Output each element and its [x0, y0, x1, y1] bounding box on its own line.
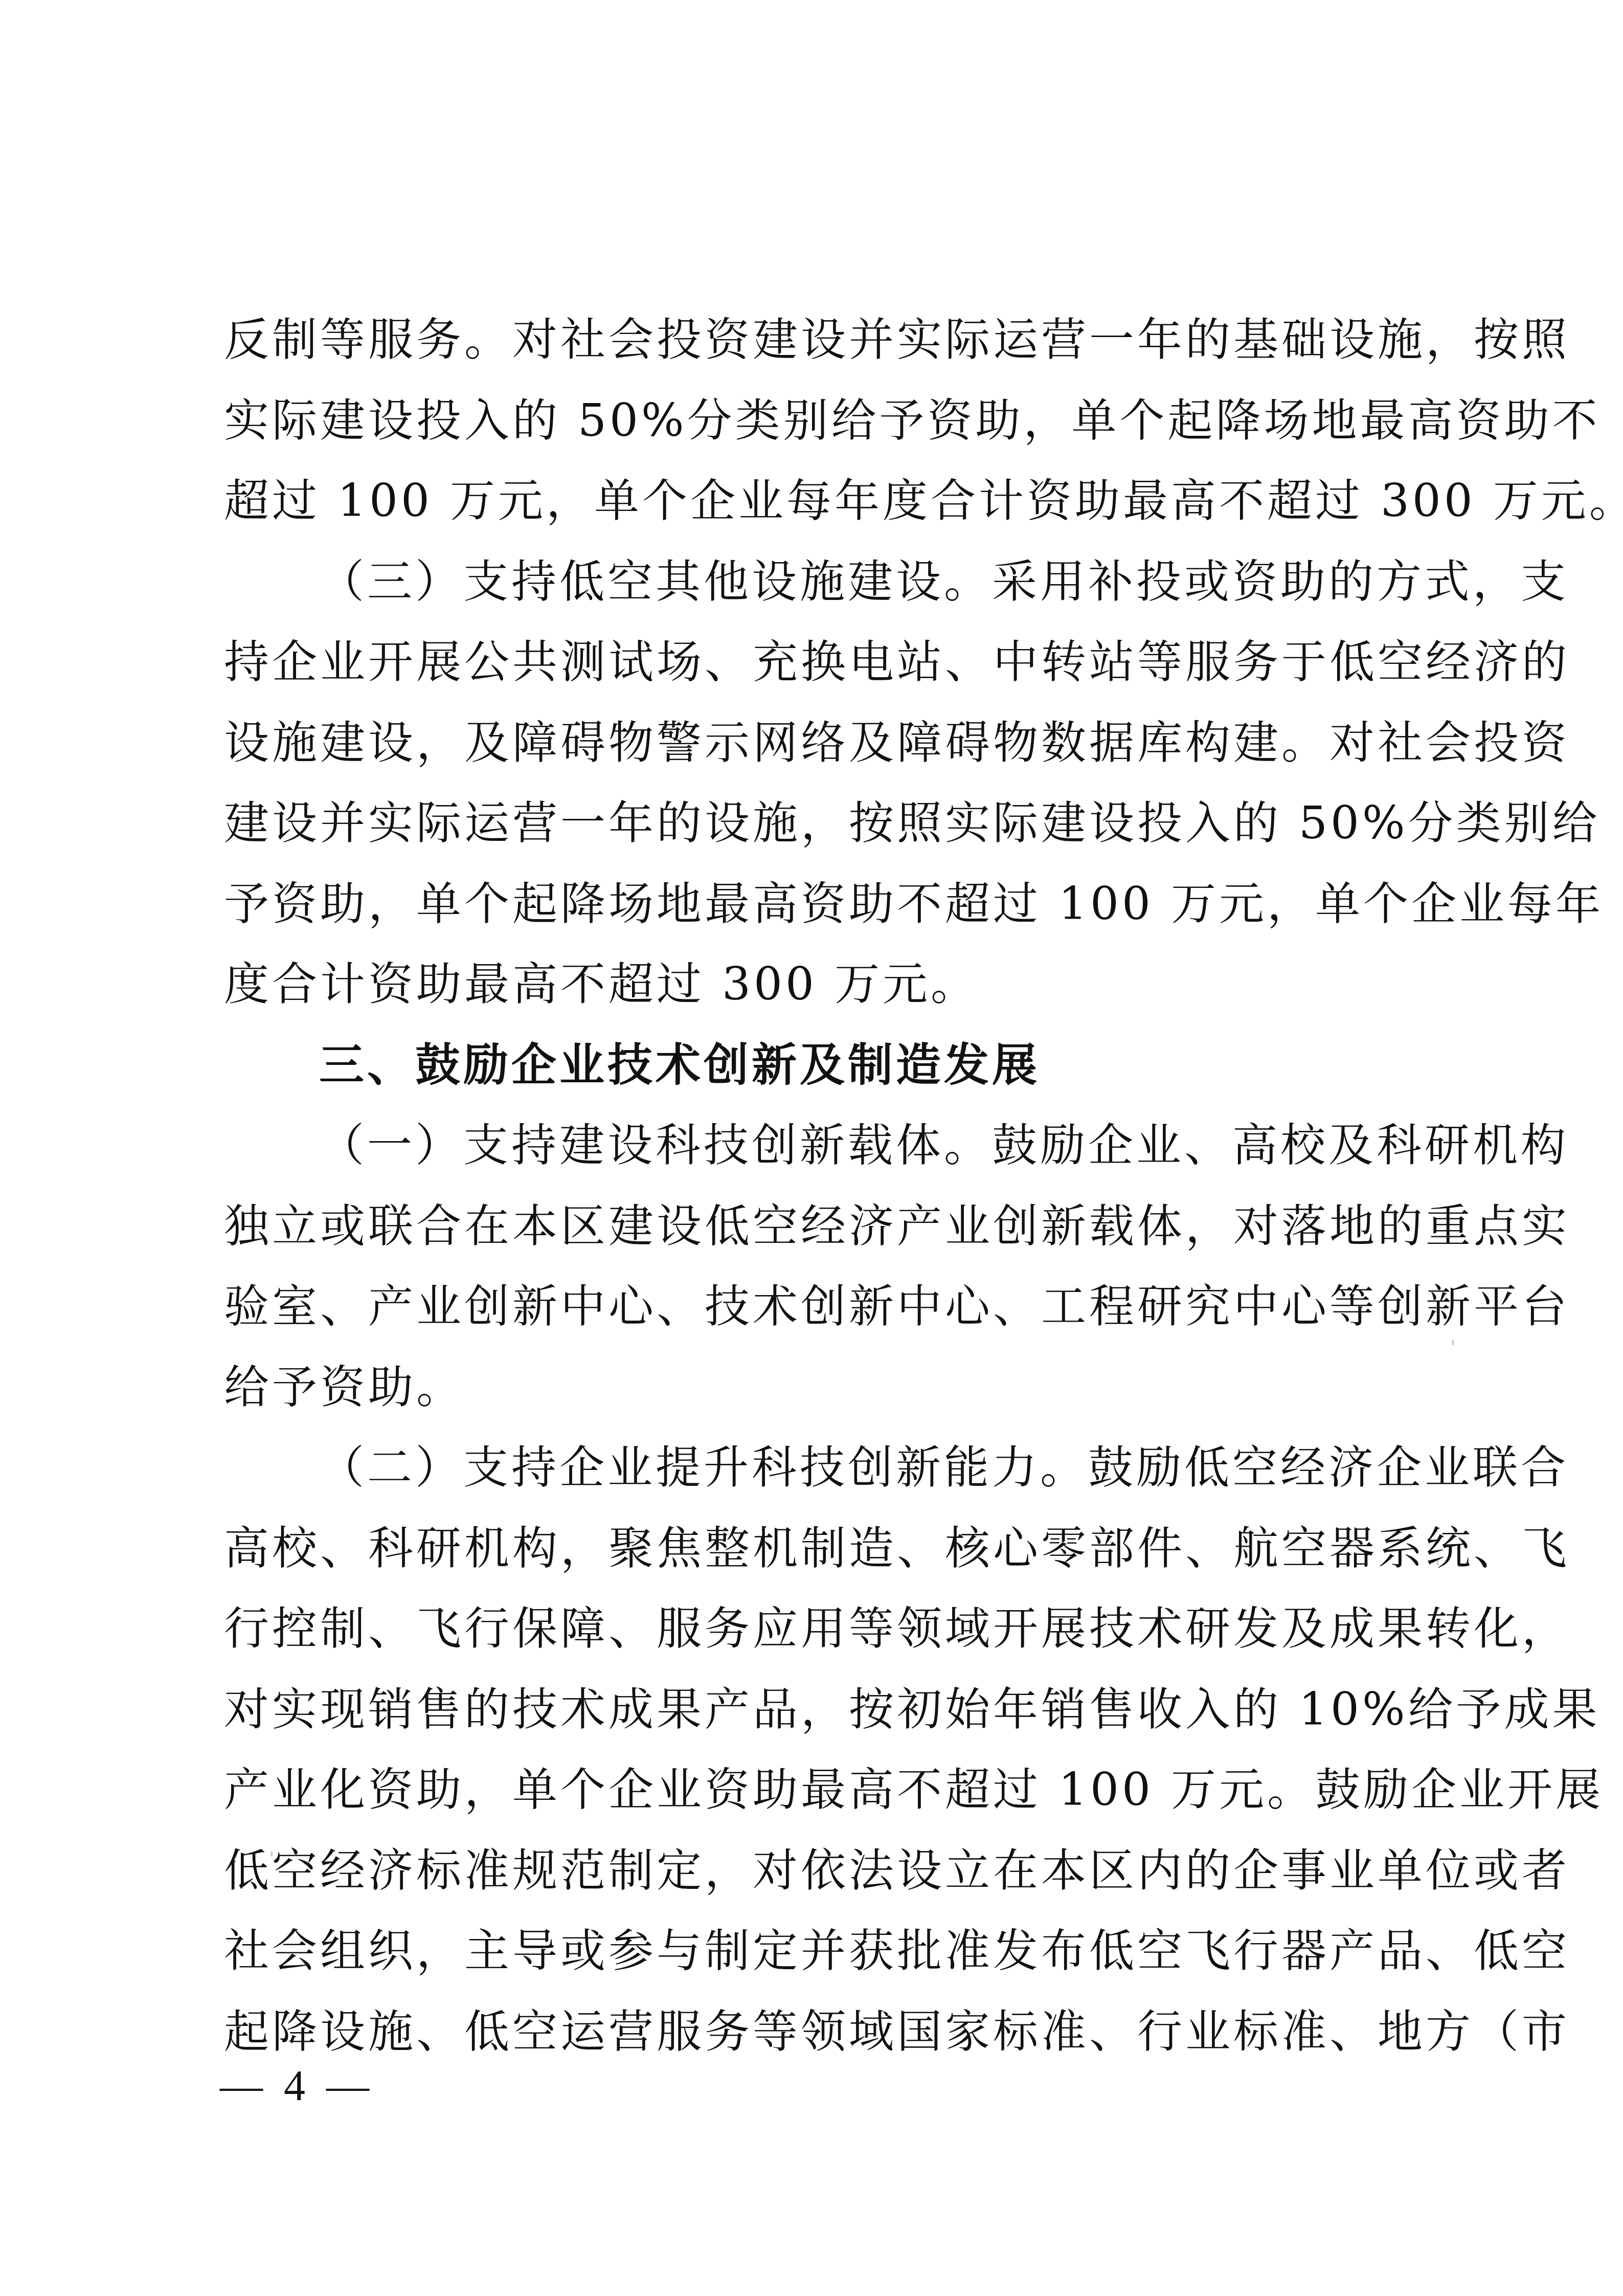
body-line: 给予资助。	[224, 1347, 1415, 1428]
body-line: 社会组织，主导或参与制定并获批准发布低空飞行器产品、低空	[224, 1910, 1415, 1991]
body-line: 度合计资助最高不超过 300 万元。	[224, 944, 1415, 1024]
subsection-2-start-line: （二）支持企业提升科技创新能力。鼓励低空经济企业联合	[224, 1427, 1415, 1508]
body-line: 建设并实际运营一年的设施，按照实际建设投入的 50%分类别给	[224, 783, 1415, 863]
body-line: 行控制、飞行保障、服务应用等领域开展技术研发及成果转化，	[224, 1588, 1415, 1669]
body-line: 对实现销售的技术成果产品，按初始年销售收入的 10%给予成果	[224, 1669, 1415, 1750]
page-number: — 4 —	[220, 2061, 374, 2111]
scan-artifact	[1483, 742, 1484, 747]
body-line: 超过 100 万元，单个企业每年度合计资助最高不超过 300 万元。	[224, 460, 1415, 541]
body-line: 予资助，单个起降场地最高资助不超过 100 万元，单个企业每年	[224, 863, 1415, 944]
body-line: 产业化资助，单个企业资助最高不超过 100 万元。鼓励企业开展	[224, 1749, 1415, 1830]
section-heading: 三、鼓励企业技术创新及制造发展	[224, 1024, 1415, 1105]
body-line: 高校、科研机构，聚焦整机制造、核心零部件、航空器系统、飞	[224, 1508, 1415, 1589]
body-line: 验室、产业创新中心、技术创新中心、工程研究中心等创新平台	[224, 1266, 1415, 1347]
body-line: 低空经济标准规范制定，对依法设立在本区内的企事业单位或者	[224, 1830, 1415, 1911]
body-line: 独立或联合在本区建设低空经济产业创新载体，对落地的重点实	[224, 1186, 1415, 1266]
body-line: 反制等服务。对社会投资建设并实际运营一年的基础设施，按照	[224, 299, 1415, 380]
body-line: 起降设施、低空运营服务等领域国家标准、行业标准、地方（市	[224, 1991, 1415, 2072]
scan-artifact	[1452, 1340, 1454, 1345]
subsection-3-start-line: （三）支持低空其他设施建设。采用补投或资助的方式，支	[224, 541, 1415, 622]
document-page: 反制等服务。对社会投资建设并实际运营一年的基础设施，按照 实际建设投入的 50%…	[0, 0, 1623, 2296]
body-line: 持企业开展公共测试场、充换电站、中转站等服务于低空经济的	[224, 621, 1415, 702]
scan-artifact	[1437, 1560, 1438, 1565]
body-line: 实际建设投入的 50%分类别给予资助，单个起降场地最高资助不	[224, 380, 1415, 461]
subsection-1-start-line: （一）支持建设科技创新载体。鼓励企业、高校及科研机构	[224, 1105, 1415, 1186]
body-line: 设施建设，及障碍物警示网络及障碍物数据库构建。对社会投资	[224, 702, 1415, 783]
scan-artifact	[271, 1852, 273, 1857]
document-body: 反制等服务。对社会投资建设并实际运营一年的基础设施，按照 实际建设投入的 50%…	[224, 299, 1415, 2071]
